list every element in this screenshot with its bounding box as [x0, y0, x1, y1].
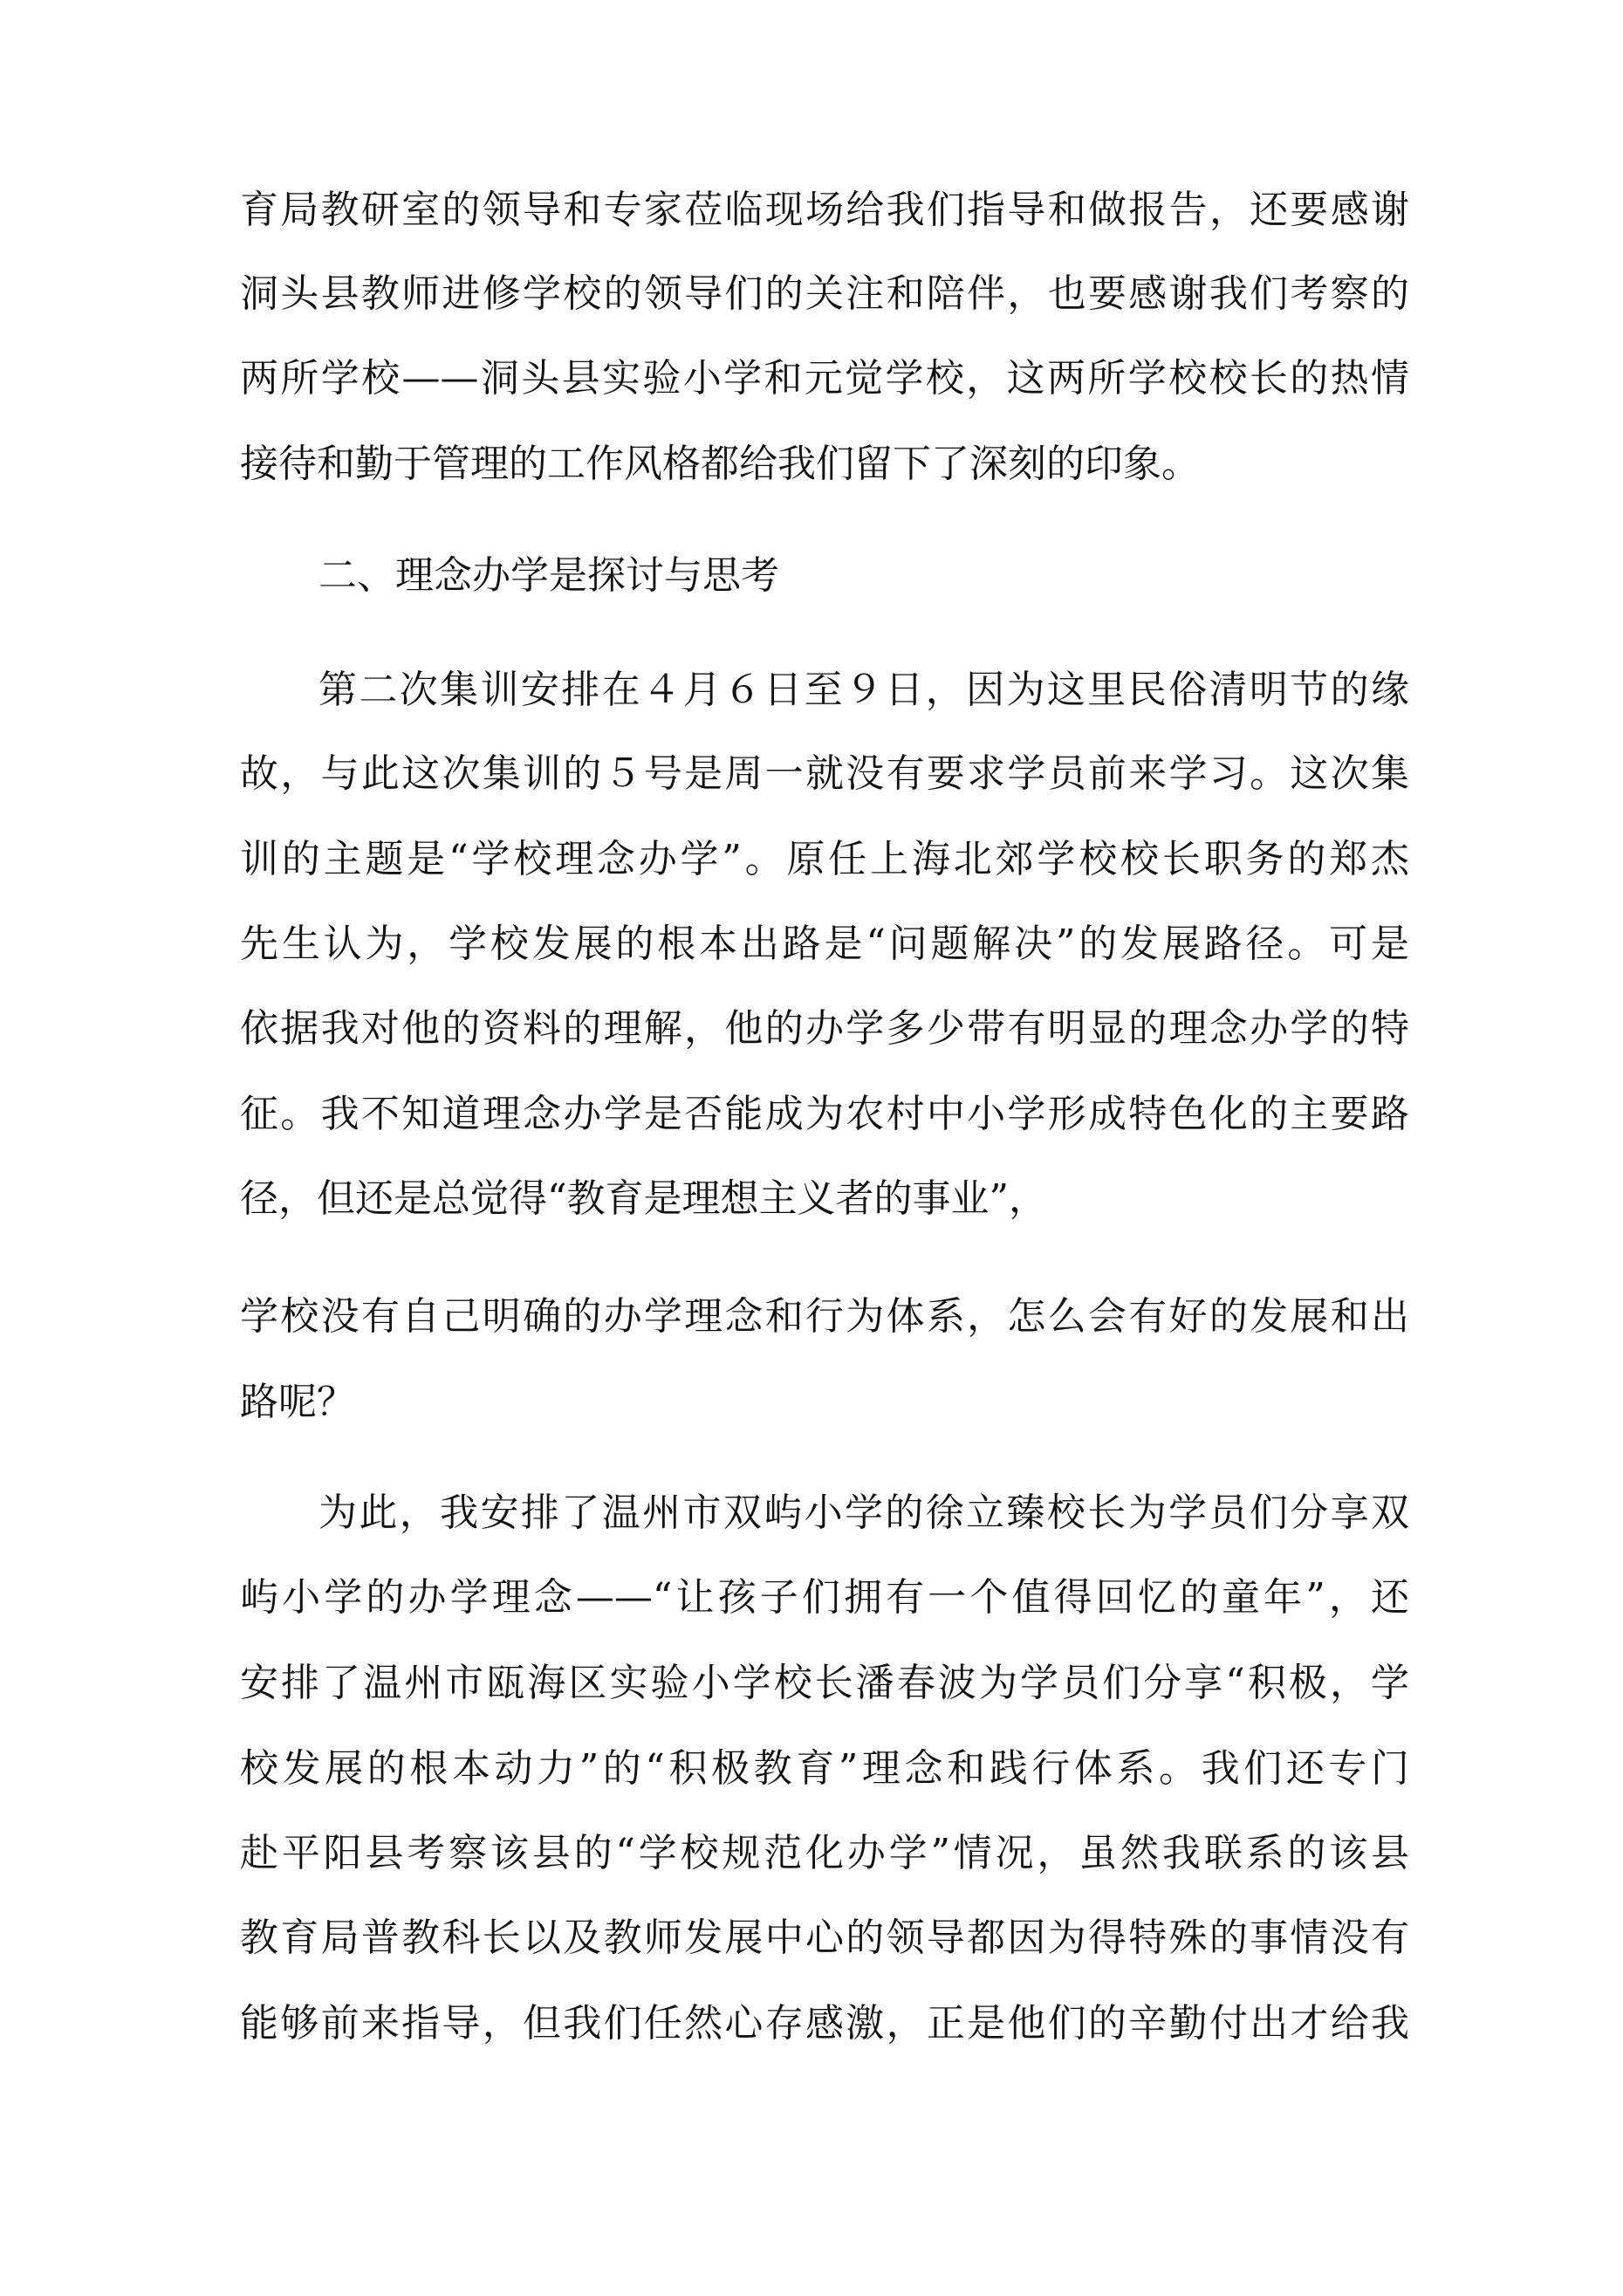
paragraph-line: 征。我不知道理念办学是否能成为农村中小学形成特色化的主要路	[240, 1093, 1409, 1136]
paragraph-line: 安排了温州市瓯海区实验小学校长潘春波为学员们分享“积极，学	[240, 1662, 1409, 1705]
paragraph-line: 依据我对他的资料的理解，他的办学多少带有明显的理念办学的特	[240, 1007, 1409, 1051]
paragraph-line: 能够前来指导，但我们任然心存感激，正是他们的辛勤付出才给我	[240, 2002, 1409, 2046]
paragraph-line: 先生认为，学校发展的根本出路是“问题解决”的发展路径。可是	[240, 922, 1409, 966]
paragraph-line: 赴平阳县考察该县的“学校规范化办学”情况，虽然我联系的该县	[240, 1832, 1409, 1875]
paragraph-line: 故，与此这次集训的５号是周一就没有要求学员前来学习。这次集	[240, 752, 1409, 796]
paragraph-line: 径，但还是总觉得“教育是理想主义者的事业”，	[240, 1177, 1409, 1221]
paragraph-line: 第二次集训安排在４月６日至９日，因为这里民俗清明节的缘	[318, 668, 1409, 712]
paragraph-line: 为此，我安排了温州市双屿小学的徐立臻校长为学员们分享双	[318, 1491, 1409, 1535]
document-page: 育局教研室的领导和专家莅临现场给我们指导和做报告，还要感谢 洞头县教师进修学校的…	[0, 0, 1623, 2296]
paragraph-line: 校发展的根本动力”的“积极教育”理念和践行体系。我们还专门	[240, 1747, 1409, 1791]
paragraph-line: 屿小学的办学理念——“让孩子们拥有一个值得回忆的童年”，还	[240, 1576, 1409, 1620]
paragraph-line: 教育局普教科长以及教师发展中心的领导都因为得特殊的事情没有	[240, 1916, 1409, 1960]
section-heading: 二、理念办学是探讨与思考	[318, 554, 1409, 598]
paragraph-line: 洞头县教师进修学校的领导们的关注和陪伴，也要感谢我们考察的	[240, 272, 1409, 316]
paragraph-line: 两所学校——洞头县实验小学和元觉学校，这两所学校校长的热情	[240, 357, 1409, 401]
paragraph-line: 育局教研室的领导和专家莅临现场给我们指导和做报告，还要感谢	[240, 188, 1409, 232]
paragraph-line: 接待和勤于管理的工作风格都给我们留下了深刻的印象。	[240, 442, 1409, 486]
paragraph-line: 训的主题是“学校理念办学”。原任上海北郊学校校长职务的郑杰	[240, 838, 1409, 881]
paragraph-line: 路呢？	[240, 1381, 1409, 1424]
paragraph-line: 学校没有自己明确的办学理念和行为体系，怎么会有好的发展和出	[240, 1295, 1409, 1339]
